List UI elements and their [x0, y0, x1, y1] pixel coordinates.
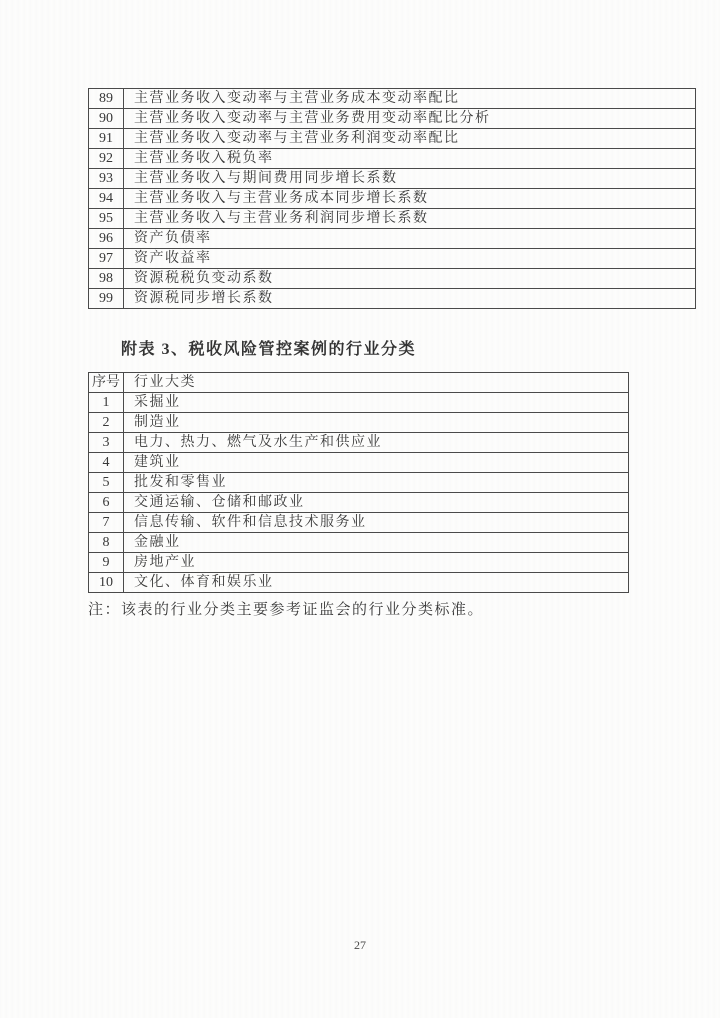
- row-serial-number: 9: [89, 553, 124, 573]
- page-number: 27: [0, 938, 720, 953]
- row-label: 主营业务收入与主营业务成本同步增长系数: [124, 189, 696, 209]
- row-label: 资产收益率: [124, 249, 696, 269]
- table-row: 95主营业务收入与主营业务利润同步增长系数: [89, 209, 696, 229]
- row-serial-number: 91: [89, 129, 124, 149]
- table-row: 92主营业务收入税负率: [89, 149, 696, 169]
- row-serial-number: 89: [89, 89, 124, 109]
- row-label: 房地产业: [124, 553, 629, 573]
- row-label: 主营业务收入税负率: [124, 149, 696, 169]
- table-row: 2制造业: [89, 413, 629, 433]
- row-serial-number: 95: [89, 209, 124, 229]
- row-label: 批发和零售业: [124, 473, 629, 493]
- row-serial-number: 5: [89, 473, 124, 493]
- row-label: 主营业务收入与主营业务利润同步增长系数: [124, 209, 696, 229]
- row-label: 主营业务收入变动率与主营业务费用变动率配比分析: [124, 109, 696, 129]
- footnote: 注：该表的行业分类主要参考证监会的行业分类标准。: [88, 598, 484, 619]
- row-serial-number: 2: [89, 413, 124, 433]
- row-label: 主营业务收入变动率与主营业务利润变动率配比: [124, 129, 696, 149]
- row-label: 交通运输、仓储和邮政业: [124, 493, 629, 513]
- row-label: 资源税同步增长系数: [124, 289, 696, 309]
- row-label: 采掘业: [124, 393, 629, 413]
- row-serial-number: 8: [89, 533, 124, 553]
- row-label: 资源税税负变动系数: [124, 269, 696, 289]
- row-label: 制造业: [124, 413, 629, 433]
- row-label: 主营业务收入变动率与主营业务成本变动率配比: [124, 89, 696, 109]
- industry-table-head: 序号 行业大类: [89, 373, 629, 393]
- indicator-table-body: 89主营业务收入变动率与主营业务成本变动率配比90主营业务收入变动率与主营业务费…: [89, 89, 696, 309]
- row-serial-number: 93: [89, 169, 124, 189]
- table-row: 10文化、体育和娱乐业: [89, 573, 629, 593]
- header-industry-category: 行业大类: [124, 373, 629, 393]
- table-row: 7信息传输、软件和信息技术服务业: [89, 513, 629, 533]
- table-row: 9房地产业: [89, 553, 629, 573]
- header-serial-number: 序号: [89, 373, 124, 393]
- document-page: 89主营业务收入变动率与主营业务成本变动率配比90主营业务收入变动率与主营业务费…: [0, 0, 720, 1018]
- table-row: 97资产收益率: [89, 249, 696, 269]
- row-serial-number: 6: [89, 493, 124, 513]
- row-serial-number: 1: [89, 393, 124, 413]
- row-serial-number: 3: [89, 433, 124, 453]
- table-row: 98资源税税负变动系数: [89, 269, 696, 289]
- row-serial-number: 94: [89, 189, 124, 209]
- row-serial-number: 10: [89, 573, 124, 593]
- row-label: 金融业: [124, 533, 629, 553]
- table-row: 89主营业务收入变动率与主营业务成本变动率配比: [89, 89, 696, 109]
- table-row: 6交通运输、仓储和邮政业: [89, 493, 629, 513]
- row-label: 电力、热力、燃气及水生产和供应业: [124, 433, 629, 453]
- table-row: 1采掘业: [89, 393, 629, 413]
- table-row: 8金融业: [89, 533, 629, 553]
- row-serial-number: 7: [89, 513, 124, 533]
- industry-table-body: 1采掘业2制造业3电力、热力、燃气及水生产和供应业4建筑业5批发和零售业6交通运…: [89, 393, 629, 593]
- row-label: 主营业务收入与期间费用同步增长系数: [124, 169, 696, 189]
- table-row: 4建筑业: [89, 453, 629, 473]
- table-row: 93主营业务收入与期间费用同步增长系数: [89, 169, 696, 189]
- table-row: 94主营业务收入与主营业务成本同步增长系数: [89, 189, 696, 209]
- industry-table: 序号 行业大类 1采掘业2制造业3电力、热力、燃气及水生产和供应业4建筑业5批发…: [88, 372, 629, 593]
- row-serial-number: 92: [89, 149, 124, 169]
- row-serial-number: 4: [89, 453, 124, 473]
- row-label: 信息传输、软件和信息技术服务业: [124, 513, 629, 533]
- table-row: 3电力、热力、燃气及水生产和供应业: [89, 433, 629, 453]
- table-row: 90主营业务收入变动率与主营业务费用变动率配比分析: [89, 109, 696, 129]
- table-row: 96资产负债率: [89, 229, 696, 249]
- row-serial-number: 90: [89, 109, 124, 129]
- industry-table-title: 附表 3、税收风险管控案例的行业分类: [121, 336, 416, 359]
- table-row: 99资源税同步增长系数: [89, 289, 696, 309]
- table-header-row: 序号 行业大类: [89, 373, 629, 393]
- row-serial-number: 96: [89, 229, 124, 249]
- row-serial-number: 98: [89, 269, 124, 289]
- table-row: 5批发和零售业: [89, 473, 629, 493]
- row-serial-number: 99: [89, 289, 124, 309]
- table-row: 91主营业务收入变动率与主营业务利润变动率配比: [89, 129, 696, 149]
- row-serial-number: 97: [89, 249, 124, 269]
- indicator-table: 89主营业务收入变动率与主营业务成本变动率配比90主营业务收入变动率与主营业务费…: [88, 88, 696, 309]
- row-label: 资产负债率: [124, 229, 696, 249]
- row-label: 建筑业: [124, 453, 629, 473]
- row-label: 文化、体育和娱乐业: [124, 573, 629, 593]
